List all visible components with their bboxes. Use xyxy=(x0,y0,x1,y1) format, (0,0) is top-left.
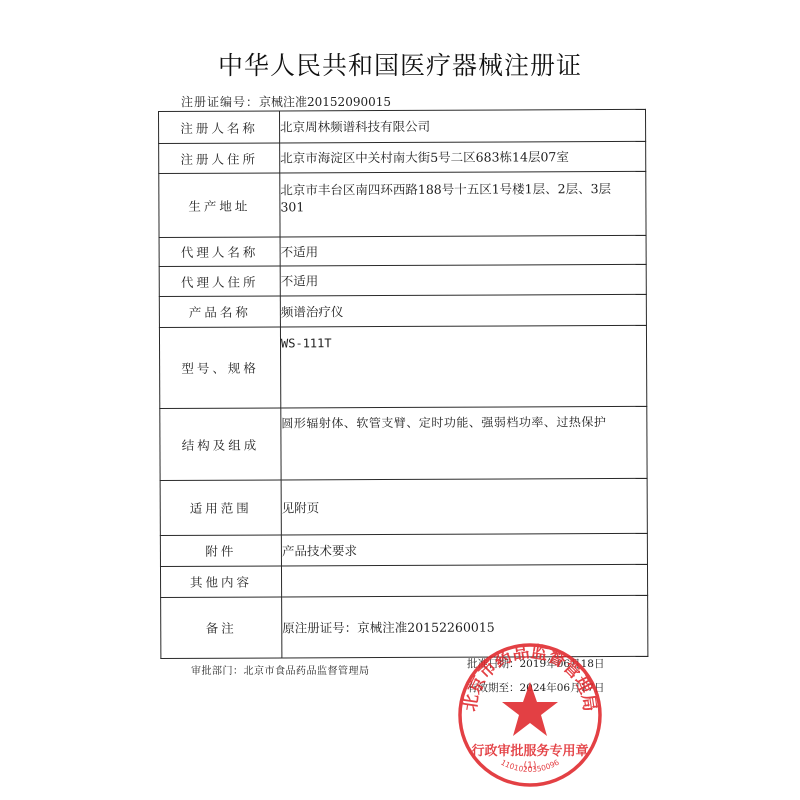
approval-department: 审批部门：北京市食品药品监督管理局 xyxy=(191,662,370,677)
row-label: 结构及组成 xyxy=(160,408,281,481)
registration-number-value: 京械注准20152090015 xyxy=(259,95,391,109)
registration-number: 注册证编号：京械注准20152090015 xyxy=(181,93,391,110)
row-value: 不适用 xyxy=(280,264,646,296)
row-label: 注册人名称 xyxy=(159,111,280,144)
seal-bottom-text: 行政审批服务专用章 xyxy=(471,743,588,759)
row-value: 不适用 xyxy=(280,235,646,266)
table-row: 结构及组成 圆形辐射体、软管支臂、定时功能、强弱档功率、过热保护 xyxy=(160,406,647,480)
certificate-table: 注册人名称 北京周林频谱科技有限公司 注册人住所 北京市海淀区中关村南大街5号二… xyxy=(158,109,648,659)
row-label: 产品名称 xyxy=(159,296,280,328)
registration-number-label: 注册证编号： xyxy=(181,95,259,109)
row-label: 备注 xyxy=(161,597,282,659)
row-value: 北京市海淀区中关村南大街5号二区683栋14层07室 xyxy=(280,141,646,173)
row-value: 北京市丰台区南四环西路188号十五区1号楼1层、2层、3层301 xyxy=(280,171,646,237)
table-row: 适用范围 见附页 xyxy=(160,478,647,535)
row-label: 附件 xyxy=(160,535,281,567)
row-label: 生产地址 xyxy=(159,173,280,238)
table-row: 产品名称 频谱治疗仪 xyxy=(159,294,646,327)
table-row: 生产地址 北京市丰台区南四环西路188号十五区1号楼1层、2层、3层301 xyxy=(159,171,646,237)
row-label: 注册人住所 xyxy=(159,143,280,174)
table-row: 注册人名称 北京周林频谱科技有限公司 xyxy=(159,109,646,143)
row-value xyxy=(281,564,647,597)
table-row: 其他内容 xyxy=(160,564,647,597)
table-row: 附件 产品技术要求 xyxy=(160,533,647,566)
table-row: 注册人住所 北京市海淀区中关村南大街5号二区683栋14层07室 xyxy=(159,141,646,173)
table-row: 代理人名称 不适用 xyxy=(159,235,646,266)
table-row: 型号、规格 WS-111T xyxy=(159,325,646,408)
document-title: 中华人民共和国医疗器械注册证 xyxy=(0,46,800,82)
table-row: 代理人住所 不适用 xyxy=(159,264,646,296)
row-value: 频谱治疗仪 xyxy=(280,294,646,327)
row-value: 圆形辐射体、软管支臂、定时功能、强弱档功率、过热保护 xyxy=(281,406,647,480)
row-label: 代理人住所 xyxy=(159,266,280,297)
row-label: 适用范围 xyxy=(160,480,281,536)
row-value: 产品技术要求 xyxy=(281,533,647,566)
row-value: 北京周林频谱科技有限公司 xyxy=(280,109,646,143)
official-seal-icon: 北京市药品监督管理局 行政审批服务专用章 (1) 1101020350096 xyxy=(455,640,605,790)
row-label: 代理人名称 xyxy=(159,237,280,267)
row-value: 见附页 xyxy=(281,478,647,535)
row-label: 其他内容 xyxy=(160,566,281,598)
row-value: WS-111T xyxy=(280,325,646,408)
row-label: 型号、规格 xyxy=(159,327,280,409)
